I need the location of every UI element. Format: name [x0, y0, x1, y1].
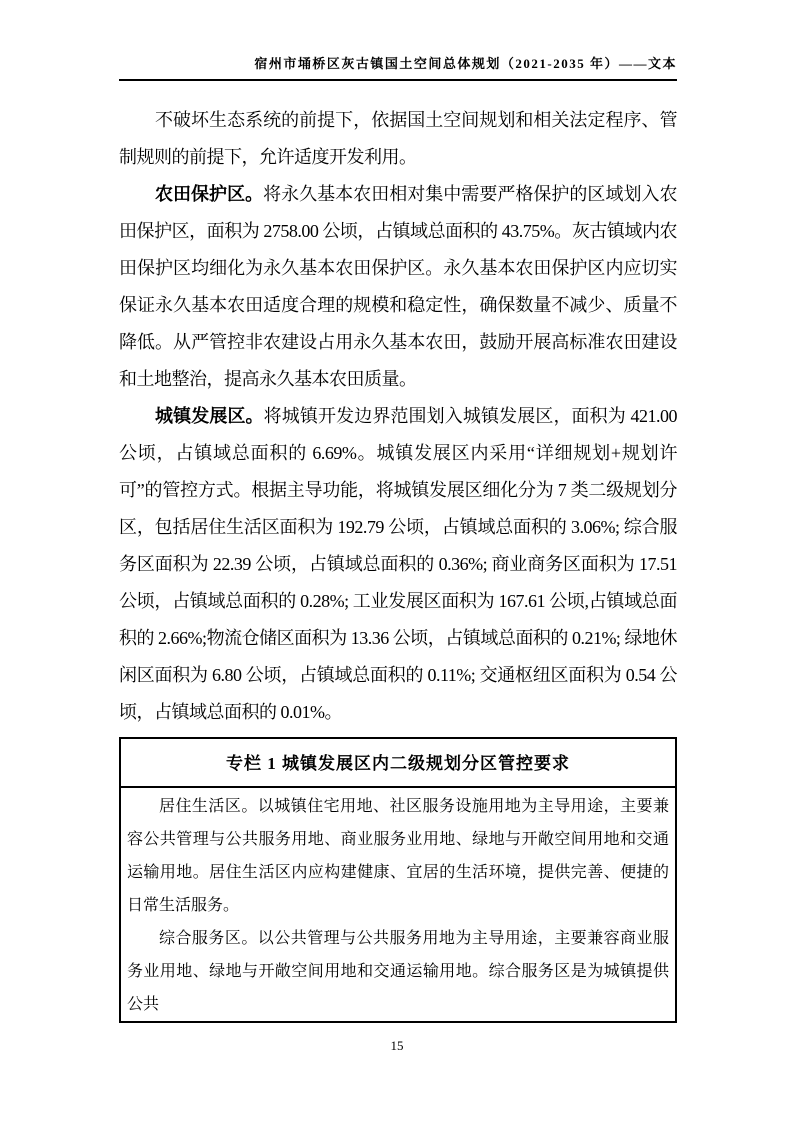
page-footer: 15 [0, 1038, 794, 1054]
page-number: 15 [391, 1038, 404, 1053]
document-body: 不破坏生态系统的前提下，依据国土空间规划和相关法定程序、管制规则的前提下，允许适… [119, 102, 677, 1023]
feature-box-paragraph-comprehensive-service: 综合服务区。以公共管理与公共服务用地为主导用途，主要兼容商业服务业用地、绿地与开… [127, 922, 669, 1021]
paragraph-text: 将城镇开发边界范围划入城镇发展区，面积为 421.00 公顷，占镇域总面积的 6… [119, 406, 677, 722]
document-page: 宿州市埇桥区灰古镇国土空间总体规划（2021-2035 年）——文本 不破坏生态… [0, 0, 794, 1123]
paragraph-text: 将永久基本农田相对集中需要严格保护的区域划入农田保护区，面积为 2758.00 … [119, 184, 677, 389]
paragraph-lead: 城镇发展区。 [155, 406, 264, 426]
header-title: 宿州市埇桥区灰古镇国土空间总体规划（2021-2035 年）——文本 [254, 56, 677, 71]
feature-box-title: 专栏 1 城镇发展区内二级规划分区管控要求 [121, 739, 675, 788]
paragraph-text: 不破坏生态系统的前提下，依据国土空间规划和相关法定程序、管制规则的前提下，允许适… [119, 110, 677, 167]
feature-box-body: 居住生活区。以城镇住宅用地、社区服务设施用地为主导用途，主要兼容公共管理与公共服… [121, 788, 675, 1021]
paragraph-intro: 不破坏生态系统的前提下，依据国土空间规划和相关法定程序、管制规则的前提下，允许适… [119, 102, 677, 176]
feature-box: 专栏 1 城镇发展区内二级规划分区管控要求 居住生活区。以城镇住宅用地、社区服务… [119, 737, 677, 1023]
page-header: 宿州市埇桥区灰古镇国土空间总体规划（2021-2035 年）——文本 [119, 54, 677, 81]
paragraph-lead: 农田保护区。 [155, 184, 263, 204]
feature-box-paragraph-residential: 居住生活区。以城镇住宅用地、社区服务设施用地为主导用途，主要兼容公共管理与公共服… [127, 790, 669, 922]
paragraph-farmland-protection-zone: 农田保护区。将永久基本农田相对集中需要严格保护的区域划入农田保护区，面积为 27… [119, 176, 677, 398]
paragraph-urban-development-zone: 城镇发展区。将城镇开发边界范围划入城镇发展区，面积为 421.00 公顷，占镇域… [119, 398, 677, 731]
